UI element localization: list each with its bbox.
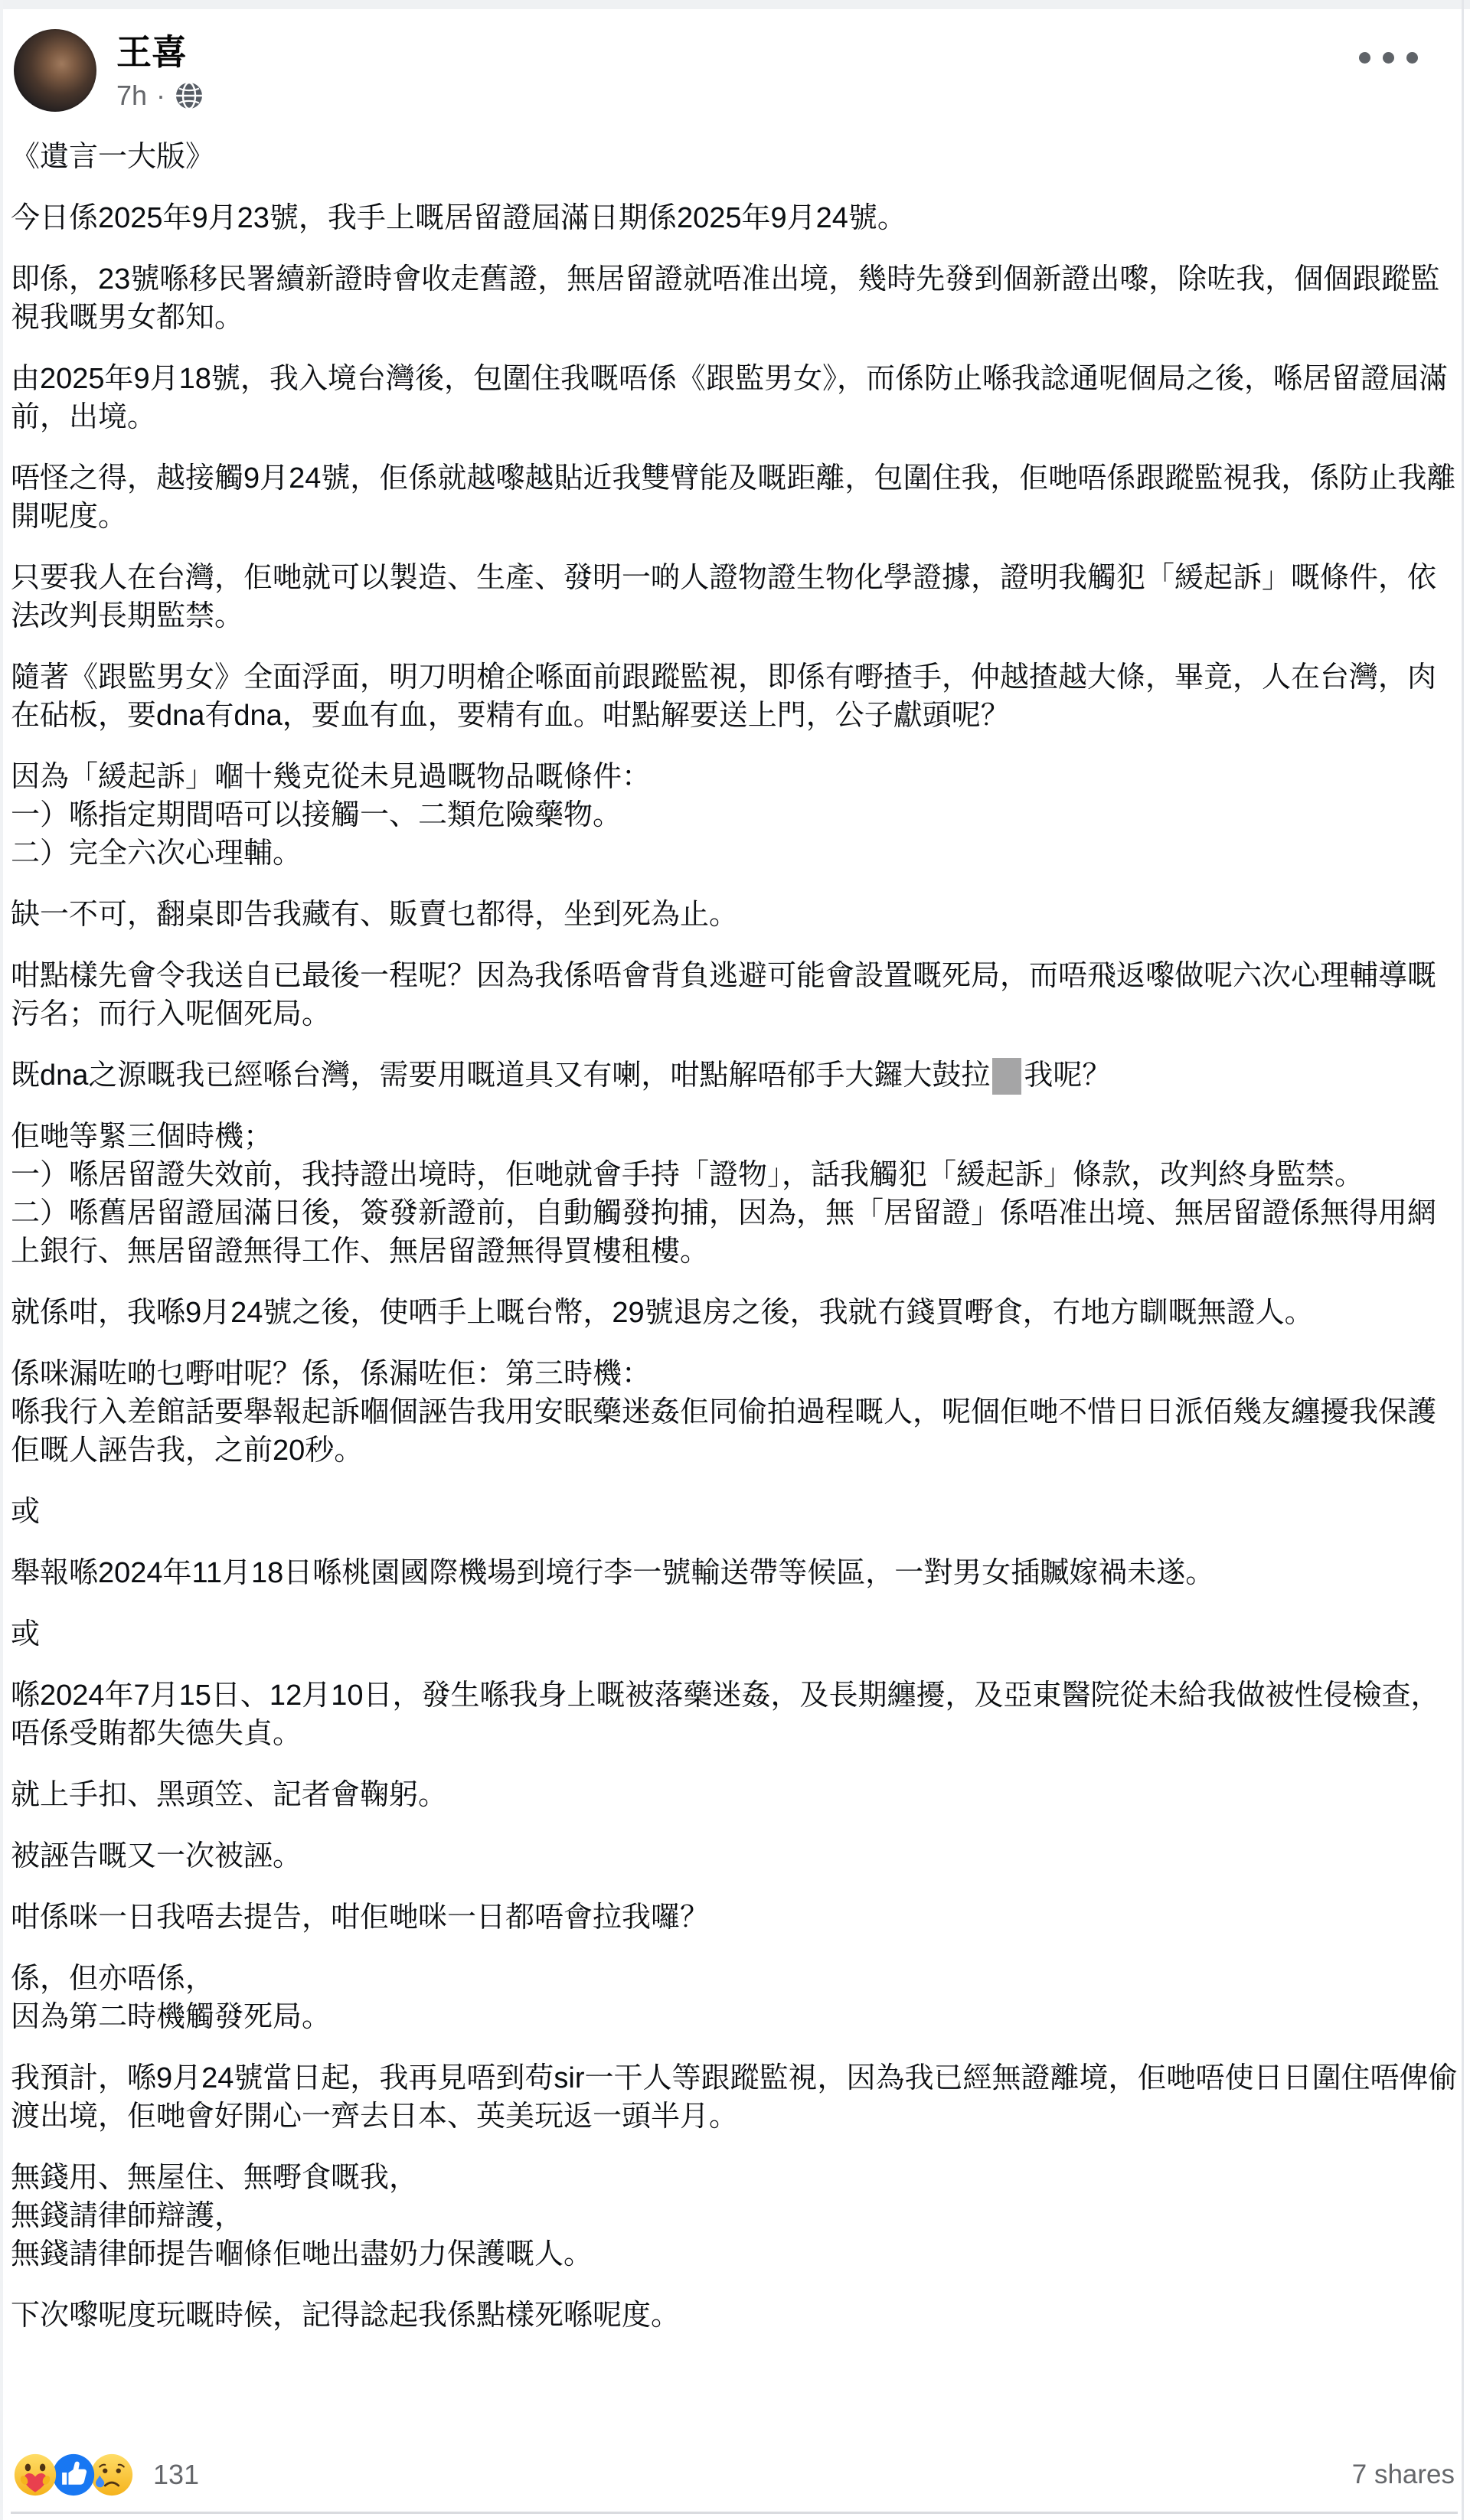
author-name[interactable]: 王喜	[116, 31, 204, 73]
timestamp[interactable]: 7h	[116, 80, 147, 112]
post-paragraph: 《遺言一大版》	[11, 138, 1458, 176]
post-paragraph: 喺2024年7月15日、12月10日，發生喺我身上嘅被落藥迷姦，及長期纏擾，及亞…	[11, 1676, 1458, 1753]
globe-public-icon	[175, 81, 204, 110]
post-paragraph: 因為「緩起訴」嗰十幾克從未見過嘅物品嘅條件： 一）喺指定期間唔可以接觸一、二類危…	[11, 758, 1458, 873]
reaction-summary[interactable]	[14, 2453, 133, 2496]
post-paragraph: 舉報喺2024年11月18日喺桃園國際機場到境行李一號輸送帶等候區，一對男女插贓…	[11, 1554, 1458, 1592]
post-paragraph: 佢哋等緊三個時機； 一）喺居留證失效前，我持證出境時，佢哋就會手持「證物」，話我…	[11, 1118, 1458, 1271]
post-paragraph: 或	[11, 1615, 1458, 1653]
post-paragraph: 係咪漏咗啲乜嘢咁呢？係，係漏咗佢：第三時機： 喺我行入差館話要舉報起訴嗰個誣告我…	[11, 1355, 1458, 1470]
reactions-bar: 131 7 shares	[14, 2451, 1455, 2499]
timestamp-row[interactable]: 7h ·	[116, 80, 204, 112]
post-paragraph: 缺一不可，翻桌即告我藏有、販賣乜都得，坐到死為止。	[11, 896, 1458, 934]
post-paragraph: 係，但亦唔係， 因為第二時機觸發死局。	[11, 1960, 1458, 2036]
menu-dot	[1383, 52, 1394, 64]
post-paragraph: 被誣告嘅又一次被誣。	[11, 1837, 1458, 1875]
post-paragraph: 就係咁，我喺9月24號之後，使哂手上嘅台幣，29號退房之後，我就冇錢買嘢食，冇地…	[11, 1294, 1458, 1332]
post-paragraph: 無錢用、無屋住、無嘢食嘅我， 無錢請律師辯護， 無錢請律師提告嗰條佢哋出盡奶力保…	[11, 2159, 1458, 2274]
avatar[interactable]	[14, 29, 96, 112]
post-paragraph: 唔怪之得，越接觸9月24號，佢係就越嚟越貼近我雙臂能及嘅距離，包圍住我，佢哋唔係…	[11, 459, 1458, 536]
censored-text-before: 既dna之源嘅我已經喺台灣，需要用嘅道具又有喇，咁點解唔郁手大鑼大鼓拉	[11, 1059, 990, 1092]
header-meta: 王喜 7h ·	[116, 29, 204, 112]
post-paragraph: 下次嚟呢度玩嘅時候，記得諗起我係點樣死喺呢度。	[11, 2296, 1458, 2335]
post-paragraph: 我預計，喺9月24號當日起，我再見唔到苟sir一干人等跟蹤監視，因為我已經無證離…	[11, 2059, 1458, 2136]
post-paragraph: 只要我人在台灣，佢哋就可以製造、生產、發明一啲人證物證生物化學證據，證明我觸犯「…	[11, 559, 1458, 635]
share-count[interactable]: 7 shares	[1352, 2460, 1455, 2490]
censored-text-after: 我呢？	[1024, 1059, 1111, 1092]
post-paragraph: 今日係2025年9月23號，我手上嘅居留證屆滿日期係2025年9月24號。	[11, 199, 1458, 237]
post-paragraph: 咁點樣先會令我送自已最後一程呢？因為我係唔會背負逃避可能會設置嘅死局，而唔飛返嚟…	[11, 957, 1458, 1033]
dot-separator: ·	[156, 82, 165, 109]
card-left-edge	[0, 0, 3, 2520]
post-paragraph: 就上手扣、黑頭笠、記者會鞠躬。	[11, 1776, 1458, 1814]
post-header: 王喜 7h ·	[0, 9, 1470, 112]
post-paragraph: 即係，23號喺移民署續新證時會收走舊證，無居留證就唔准出境，幾時先發到個新證出嚟…	[11, 260, 1458, 337]
redaction-block	[992, 1058, 1021, 1095]
post-paragraph-censored: 既dna之源嘅我已經喺台灣，需要用嘅道具又有喇，咁點解唔郁手大鑼大鼓拉我呢？	[11, 1056, 1458, 1095]
post-paragraph: 隨著《跟監男女》全面浮面，明刀明槍企喺面前跟蹤監視，即係有嘢揸手，仲越揸越大條，…	[11, 658, 1458, 735]
reaction-count[interactable]: 131	[153, 2459, 199, 2491]
post-menu-button[interactable]	[1359, 52, 1449, 64]
menu-dot	[1406, 52, 1418, 64]
card-top-edge	[0, 0, 1470, 9]
post-paragraph: 咁係咪一日我唔去提告，咁佢哋咪一日都唔會拉我囉？	[11, 1898, 1458, 1937]
like-reaction-icon	[52, 2453, 95, 2496]
sad-reaction-icon	[90, 2453, 133, 2496]
care-reaction-icon	[14, 2453, 57, 2496]
post-body: 《遺言一大版》 今日係2025年9月23號，我手上嘅居留證屆滿日期係2025年9…	[0, 112, 1470, 2335]
bottom-divider	[11, 2512, 1458, 2514]
post-paragraph: 由2025年9月18號，我入境台灣後，包圍住我嘅唔係《跟監男女》，而係防止喺我諗…	[11, 360, 1458, 436]
post-paragraph: 或	[11, 1493, 1458, 1531]
menu-dot	[1359, 52, 1370, 64]
card-right-edge	[1462, 0, 1464, 2520]
